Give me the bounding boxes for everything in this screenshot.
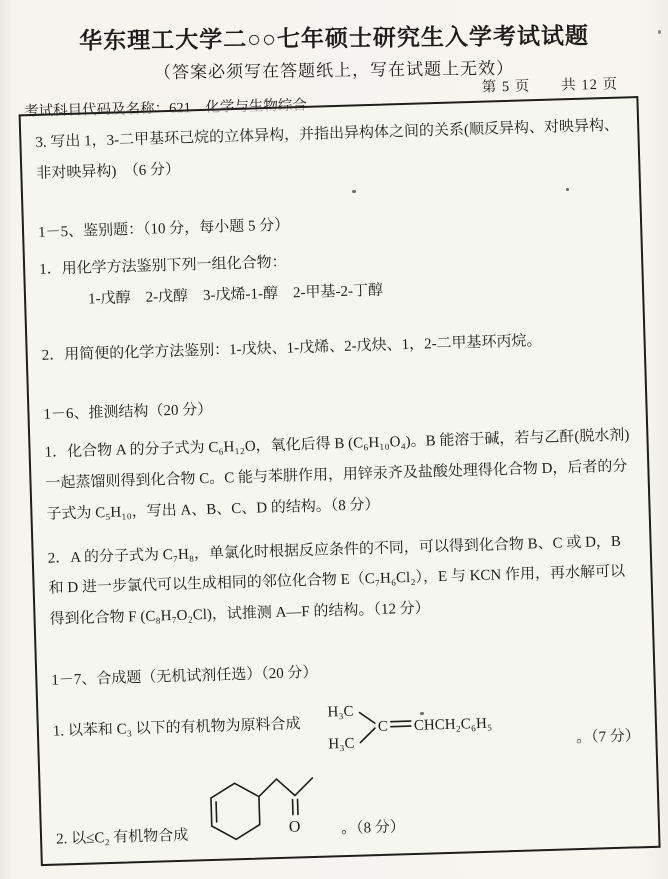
side-chain-bonds: [259, 778, 313, 797]
ring-double-bond: [216, 802, 217, 822]
ketone-structure-drawing: O: [196, 761, 334, 857]
section-1-6-item-1: 1．化合物 A 的分子式为 C₆H₁₂O，氧化后得 B (C₆H₁₀O₄)。B …: [44, 421, 636, 531]
double-bond: [391, 721, 411, 722]
question-box: 3. 写出 1，3-二甲基环己烷的立体异构，并指出异构体之间的关系(顺反异构、对…: [19, 96, 661, 866]
synthesis-2-score: 。（8 分）: [341, 812, 406, 849]
single-bond: [359, 712, 374, 723]
section-1-7-item-2: 2. 以≤C₂ 有机物合成 O 。（8 分）: [54, 751, 646, 856]
exam-title: 华东理工大学二○○七年硕士研究生入学考试试题: [0, 17, 668, 57]
section-1-6-item-2: 2．A 的分子式为 C₇H₈，单氯化时根据反应条件的不同，可以得到化合物 B、C…: [47, 526, 639, 636]
carbon-label: C: [377, 718, 387, 734]
scan-speck: [352, 190, 356, 193]
page-number-label: 第 5 页 共 12 页: [481, 73, 618, 97]
methyl-top-label: H₃C: [327, 703, 354, 720]
question-3: 3. 写出 1，3-二甲基环己烷的立体异构，并指出异构体之间的关系(顺反异构、对…: [35, 110, 627, 189]
double-bond: [391, 726, 411, 727]
scanned-exam-page: { "colors": { "paper": "#f5f4ef", "ink":…: [0, 0, 668, 879]
synthesis-1-text: 1. 以苯和 C₃ 以下的有机物为原料合成: [52, 697, 301, 747]
cyclohexene-ring: [211, 783, 261, 840]
synthesis-1-score: 。（7 分）: [575, 687, 641, 754]
scan-speck: [566, 188, 569, 191]
scan-speck: [420, 712, 424, 715]
alkene-structure-drawing: H₃C H₃C C CHCH₂C₆H₅: [326, 692, 543, 754]
single-bond: [360, 728, 375, 742]
alkene-chain-label: CHCH₂C₆H₅: [413, 715, 492, 733]
methyl-bottom-label: H₃C: [328, 735, 355, 752]
section-1-5-item-2: 2．用简便的化学方法鉴别：1-戊炔、1-戊烯、2-戊炔、1，2-二甲基环丙烷。: [41, 323, 632, 371]
oxygen-label: O: [289, 819, 301, 836]
synthesis-2-text: 2. 以≤C₂ 有机物合成: [56, 820, 189, 857]
scan-speck: [658, 30, 661, 34]
